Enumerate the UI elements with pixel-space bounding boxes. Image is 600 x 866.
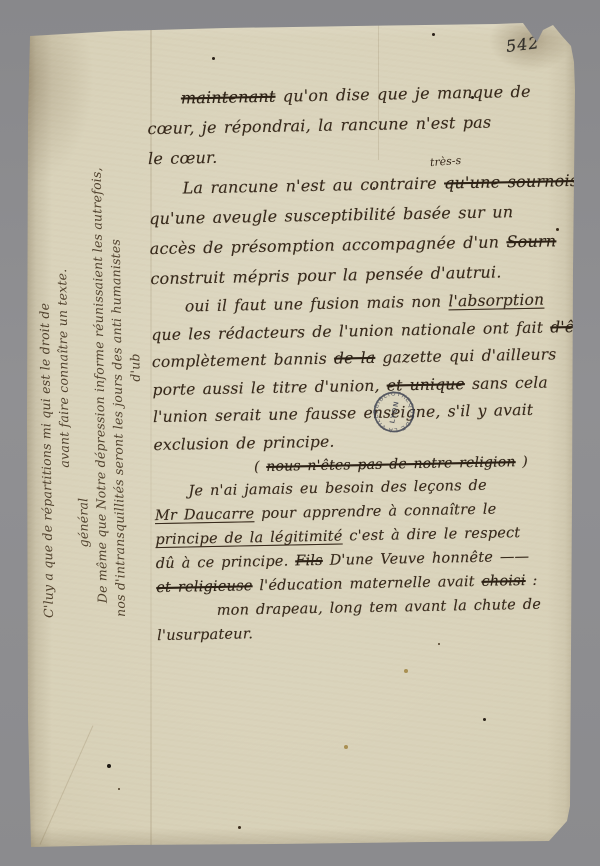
struck-text: Fils <box>295 553 323 570</box>
hand-text: ( <box>254 459 267 475</box>
paper-spot <box>344 745 348 749</box>
hand-text: gazette qui d'ailleurs <box>375 345 557 366</box>
manuscript-body: maintenant qu'on dise que je manque decœ… <box>147 76 588 648</box>
hand-text: pour apprendre à connaître le <box>254 502 496 523</box>
underlined-text: l'absorption <box>448 291 544 311</box>
hand-text: mon drapeau, long tem avant la chute de <box>217 597 542 619</box>
margin-note: C'luy a que de répartitions mi qui est l… <box>32 51 148 618</box>
struck-text: nous n'êtes pas de notre religion <box>266 454 516 475</box>
hand-text: complètement bannis <box>152 350 334 371</box>
hand-text: l'union serait une fausse enseigne, s'il… <box>153 401 534 426</box>
margin-note-line: d'ub <box>122 51 145 382</box>
paper-spot <box>118 788 120 790</box>
hand-text: cœur, je répondrai, la rancune n'est pas <box>147 113 491 139</box>
manuscript-paragraph: oui il faut une fusion mais non l'absorp… <box>151 286 584 480</box>
scan-background: 542 maintenant qu'on dise que je manque … <box>0 0 600 866</box>
stamp-center-text: LYON <box>389 400 401 424</box>
page-number: 542 <box>505 33 541 56</box>
hand-text: l'usurpateur. <box>157 626 253 644</box>
hand-text: l'éducation maternelle avait <box>252 574 481 594</box>
struck-text: d'être <box>550 317 598 336</box>
struck-text: qu'une sournoise <box>444 171 588 193</box>
hand-text: oui il faut une fusion mais non <box>185 292 449 315</box>
struck-text: et religieuse <box>156 578 253 596</box>
hand-text: ) <box>515 454 528 470</box>
paper-spot <box>432 33 435 36</box>
struck-text: Sourn <box>506 231 556 251</box>
paper-spot <box>238 826 241 829</box>
hand-text: le cœur. <box>148 148 218 168</box>
underlined-text: principe de la légitimité <box>155 529 342 549</box>
paper-spot <box>404 669 408 673</box>
hand-text: dû à ce principe. <box>156 553 296 572</box>
hand-text: D'une Veuve honnête —— <box>323 549 530 569</box>
hand-text: porte aussi le titre d'union, <box>152 376 387 398</box>
hand-text: c'est à dire le respect <box>342 525 520 544</box>
struck-text: de la <box>334 349 376 368</box>
paper-spot <box>438 643 440 645</box>
struck-text: choisi <box>481 573 525 590</box>
hand-text: que les rédacteurs de l'union nationale … <box>151 318 550 344</box>
library-stamp-icon: BIBLIOTHEQUE DE LA VILLE LYON <box>363 381 425 443</box>
hand-text: exclusion de principe. <box>153 432 334 453</box>
manuscript-page: 542 maintenant qu'on dise que je manque … <box>26 20 577 850</box>
manuscript-paragraph: La rancune n'est au contraire qu'une sou… <box>148 166 580 294</box>
hand-text: accès de présomption accompagnée d'un <box>150 232 507 258</box>
hand-text: qu'une aveugle susceptibilité basée sur … <box>149 202 513 228</box>
paper-crease <box>40 725 94 844</box>
hand-text: construit mépris pour la pensée d'autrui… <box>150 262 502 288</box>
hand-text: La rancune n'est au contraire <box>182 173 444 197</box>
interlinear-insertion: très-s <box>430 154 462 169</box>
hand-text: sans cela <box>465 373 548 393</box>
manuscript-paragraph: maintenant qu'on dise que je manque decœ… <box>147 76 579 174</box>
underlined-text: Mr Daucarre <box>155 506 255 524</box>
manuscript-paragraph: Je n'ai jamais eu besoin des leçons deMr… <box>154 472 587 648</box>
hand-text: Je n'ai jamais eu besoin des leçons de <box>188 478 487 500</box>
hand-text: qu'on dise que je manque de <box>275 82 531 106</box>
paper-spot <box>483 718 486 721</box>
paper-spot <box>212 57 215 60</box>
paper-spot <box>107 764 111 768</box>
struck-text: maintenant <box>181 87 276 108</box>
hand-text: : <box>525 573 537 589</box>
